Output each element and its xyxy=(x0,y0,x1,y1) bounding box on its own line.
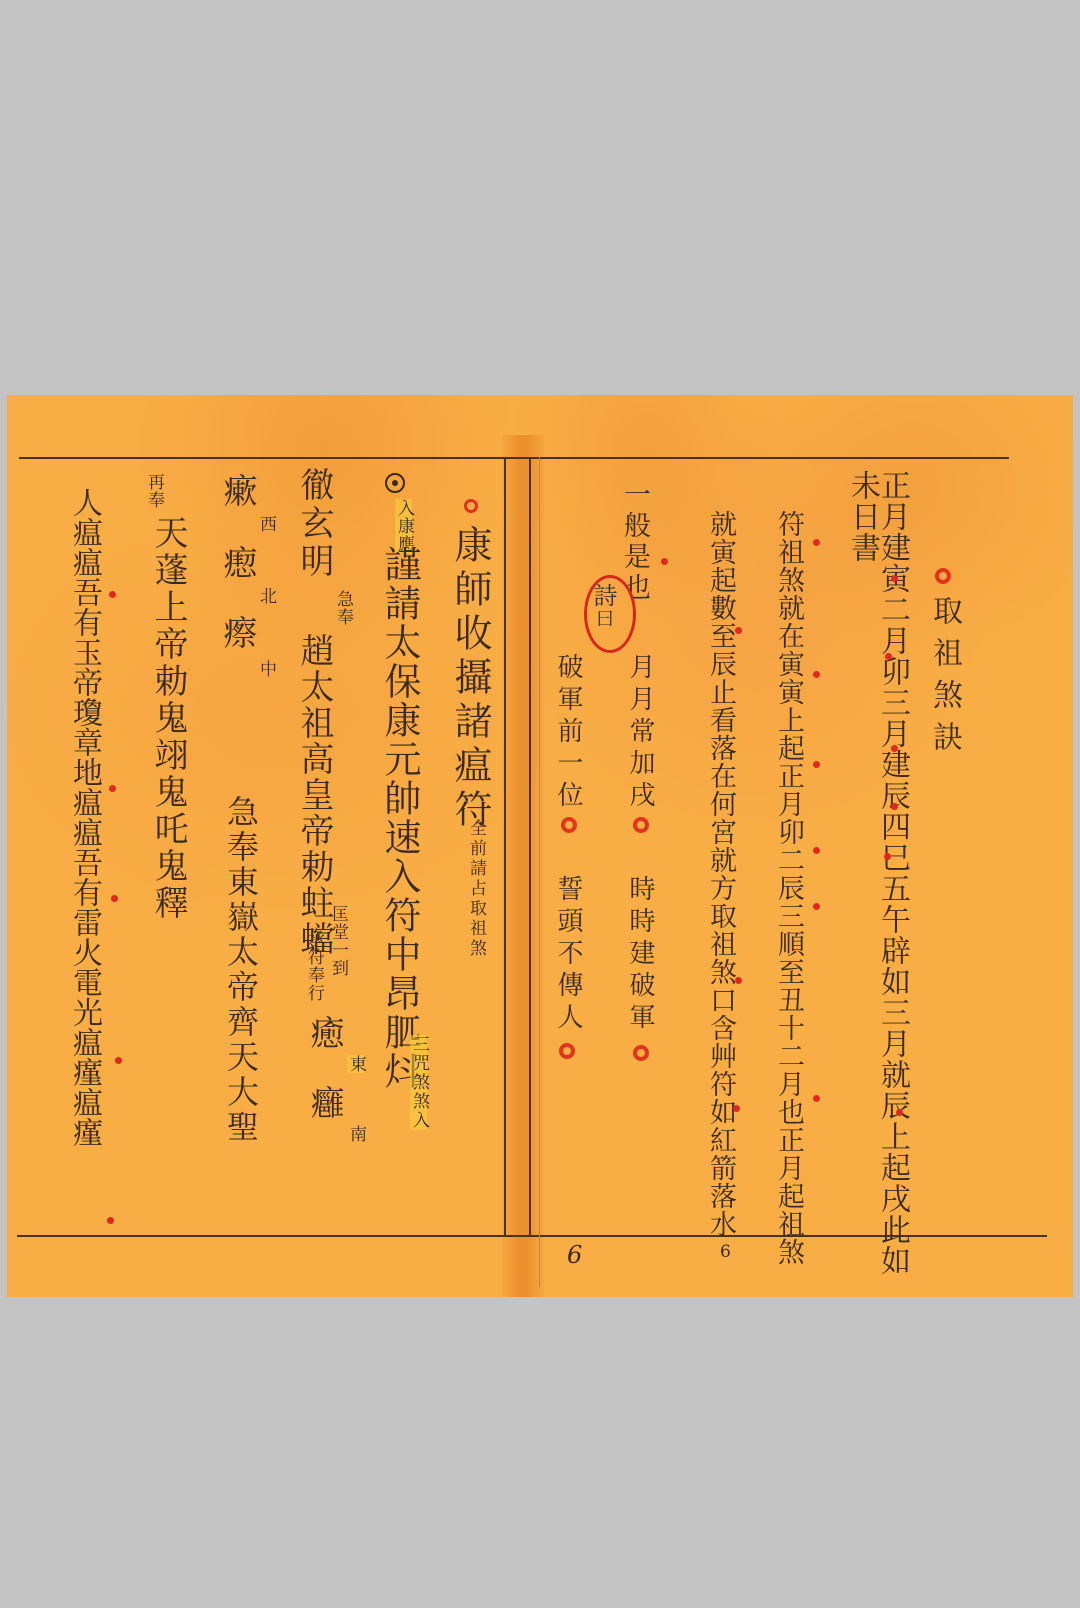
punctuation-dot xyxy=(735,977,742,984)
direction-north: 北 xyxy=(257,587,274,605)
poem-label: 詩曰 xyxy=(591,583,615,629)
poem-end-marker-icon xyxy=(561,817,577,833)
column-2-tail-2: 癰 xyxy=(307,1085,341,1123)
direction-south: 南 xyxy=(347,1125,364,1143)
punctuation-dot xyxy=(109,591,116,598)
poem-line-2b: 誓頭不傳人 xyxy=(555,875,581,1035)
center-fold xyxy=(502,435,544,1297)
column-2-body: 趙太祖高皇帝勅蛀蟷 xyxy=(297,633,331,957)
punctuation-dot xyxy=(107,1217,114,1224)
punctuation-dot xyxy=(813,903,820,910)
right-page-heading: 取祖煞訣 xyxy=(929,595,959,763)
poem-label-char-1: 詩 xyxy=(589,583,617,609)
poem-label-char-2: 曰 xyxy=(593,609,614,629)
right-column-2: 符祖煞就在寅寅上起正月卯二辰三順至丑十二月也正月起祖煞 xyxy=(775,510,802,1266)
fold-line-right xyxy=(529,457,531,1237)
punctuation-dot xyxy=(891,745,898,752)
right-column-1: 正月建寅二月卯三月建辰四巳五午辟如三月就辰上起戌此如未日書 xyxy=(847,470,907,1297)
punctuation-dot xyxy=(813,1095,820,1102)
punctuation-dot xyxy=(733,1105,740,1112)
column-3-char-3: 瘵 xyxy=(220,615,254,653)
column-3-char-2: 瘛 xyxy=(220,545,254,583)
fold-line-left xyxy=(504,457,506,1237)
left-heading-note: 全前請占取祖煞 xyxy=(467,819,484,959)
column-2-note-2b: 匡堂一到 xyxy=(329,905,346,977)
column-3-body: 急奉東嶽太帝齊天大聖 xyxy=(225,795,257,1145)
invoke-note: 三咒煞煞入 xyxy=(410,1035,427,1130)
punctuation-dot xyxy=(813,761,820,768)
punctuation-dot xyxy=(896,1109,903,1116)
page-number-printed: 6 xyxy=(720,1242,731,1262)
punctuation-dot xyxy=(813,847,820,854)
column-3-char-1: 瘶 xyxy=(220,473,254,511)
direction-west: 西 xyxy=(257,515,274,533)
punctuation-dot xyxy=(891,575,898,582)
punctuation-dot xyxy=(813,671,820,678)
column-5-body: 人瘟瘟吾有玉帝瓊章地瘟瘟吾有雷火電光瘟瘽瘟瘽 xyxy=(69,487,99,1147)
punctuation-dot xyxy=(735,627,742,634)
poem-end-marker-icon xyxy=(633,1045,649,1061)
page-number-handwritten: 6 xyxy=(567,1241,582,1269)
column-2-note-2a: 承符奉行 xyxy=(305,930,322,1002)
column-2-tail: 癒 xyxy=(307,1015,341,1053)
heading-marker-icon xyxy=(464,499,478,513)
punctuation-dot xyxy=(111,895,118,902)
manuscript-scan: 取祖煞訣 正月建寅二月卯三月建辰四巳五午辟如三月就辰上起戌此如未日書 符祖煞就在… xyxy=(7,395,1073,1297)
punctuation-dot xyxy=(813,539,820,546)
punctuation-dot xyxy=(115,1057,122,1064)
left-page-heading: 康師收攝諸瘟符 xyxy=(451,525,489,833)
heading-marker-icon xyxy=(935,568,951,584)
poem-line-1b: 時時建破軍 xyxy=(627,875,653,1035)
punctuation-dot xyxy=(109,785,116,792)
right-column-3: 就寅起數至辰止看落在何宮就方取祖煞口含艸符如紅箭落水 xyxy=(707,510,734,1238)
punctuation-dot xyxy=(884,853,891,860)
poem-line-2a: 破軍前一位 xyxy=(555,653,581,813)
column-2-head: 徹玄明 xyxy=(297,467,331,581)
poem-line-1a: 月月常加戌 xyxy=(627,653,653,813)
direction-east: 東 xyxy=(347,1055,364,1073)
column-4-body: 天蓬上帝勅鬼翊鬼吒鬼釋 xyxy=(151,515,185,922)
section-marker-icon xyxy=(385,473,405,493)
punctuation-dot xyxy=(891,803,898,810)
invoke-column: 謹請太保康元帥速入符中䀚䏘炓 xyxy=(381,545,418,1091)
fold-line-faint xyxy=(539,457,540,1287)
punctuation-dot xyxy=(661,558,668,565)
column-4-prefix: 再奉 xyxy=(145,473,162,509)
column-2-note-1: 急奉 xyxy=(334,590,351,626)
direction-center: 中 xyxy=(257,660,274,678)
punctuation-dot xyxy=(885,653,892,660)
poem-end-marker-icon xyxy=(633,817,649,833)
poem-end-marker-icon xyxy=(559,1043,575,1059)
top-border-rule xyxy=(19,457,1009,459)
